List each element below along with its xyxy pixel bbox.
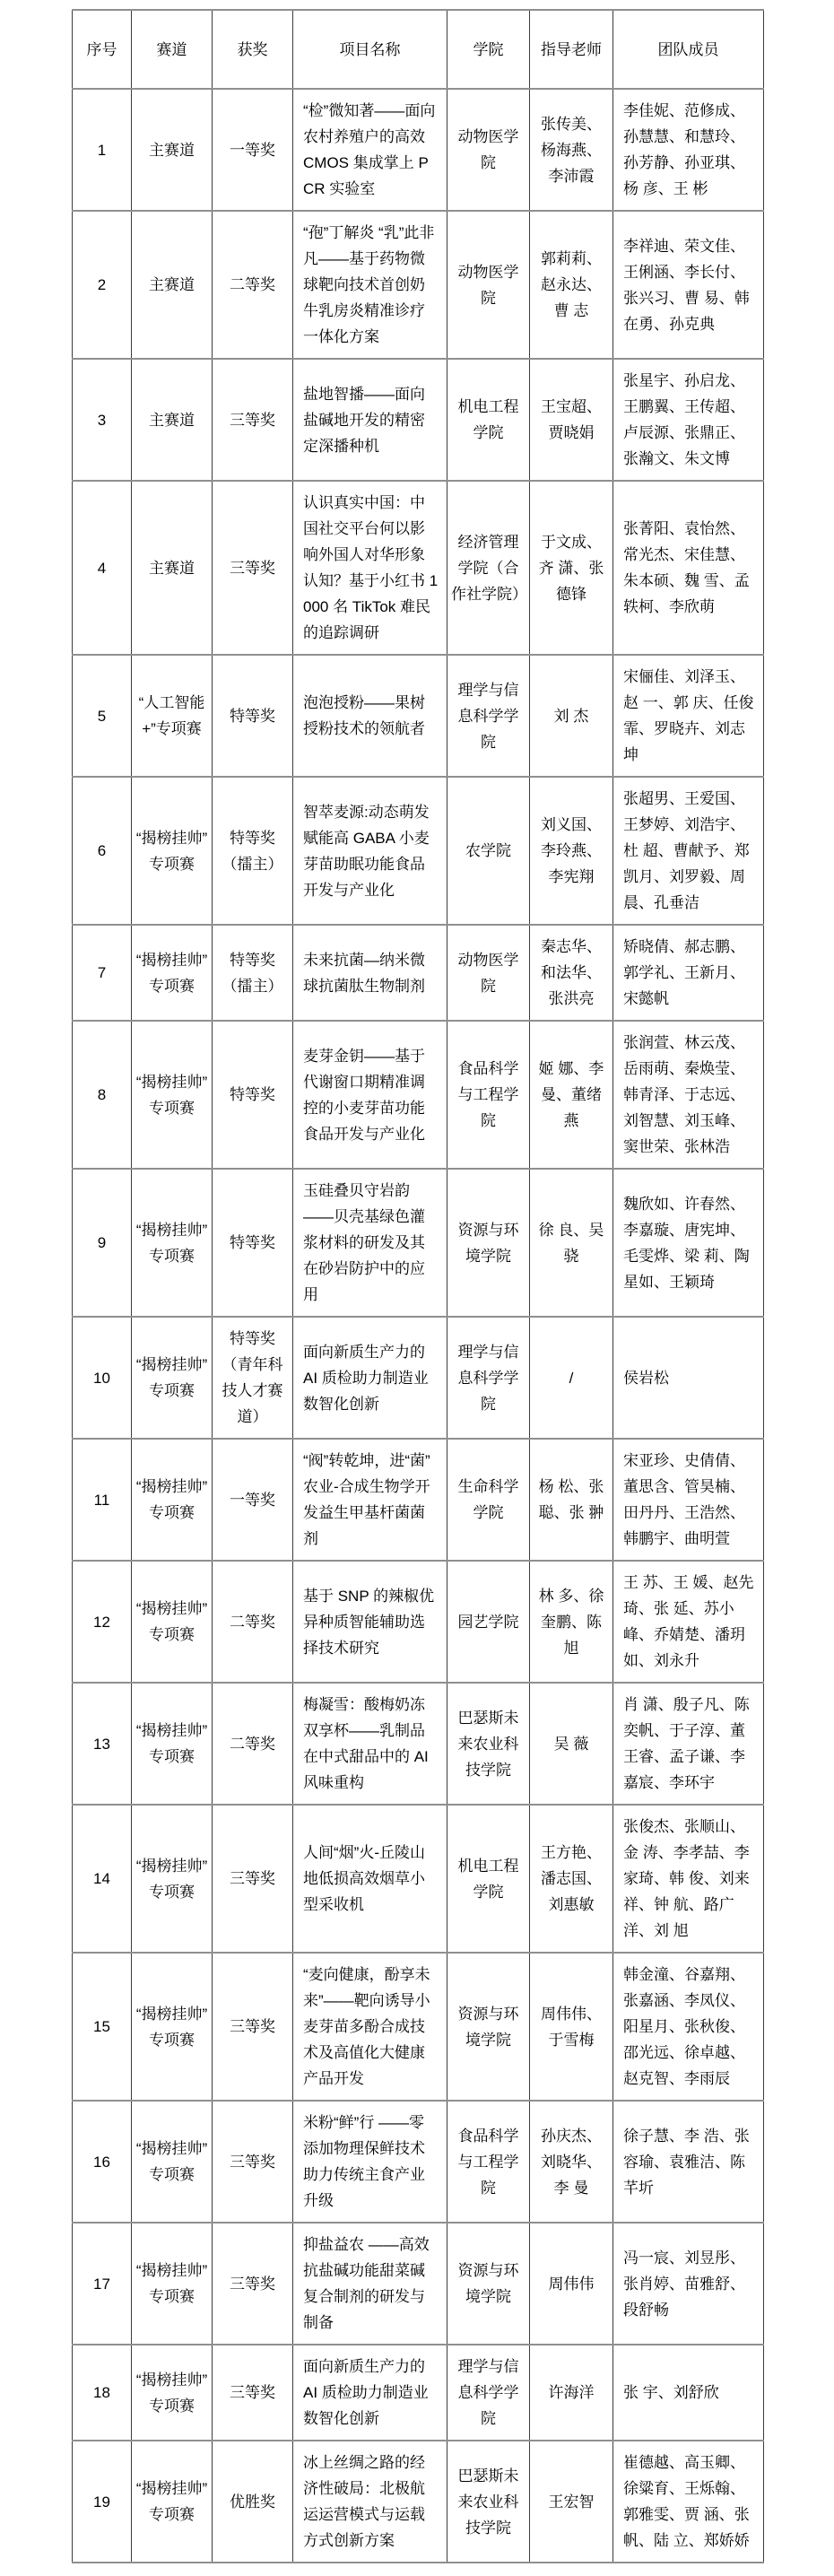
- cell-members: 张俊杰、张顺山、金 涛、李孝喆、李家琦、韩 俊、刘来祥、钟 航、路广洋、刘 旭: [613, 1805, 764, 1953]
- table-row: 1主赛道一等奖“检”微知著——面向农村养殖户的高效 CMOS 集成掌上 PCR …: [73, 89, 764, 211]
- cell-advisors: 刘 杰: [530, 655, 613, 777]
- cell-advisors: 王方艳、潘志国、刘惠敏: [530, 1805, 613, 1953]
- cell-track: “揭榜挂帅”专项赛: [132, 2223, 213, 2345]
- cell-project: 泡泡授粉——果树授粉技术的领航者: [293, 655, 447, 777]
- page: 序号赛道获奖项目名称学院指导老师团队成员 1主赛道一等奖“检”微知著——面向农村…: [0, 0, 834, 2576]
- cell-project: 未来抗菌—纳米微球抗菌肽生物制剂: [293, 925, 447, 1021]
- cell-advisors: 王宏智: [530, 2441, 613, 2563]
- cell-members: 韩金潼、谷嘉翔、张嘉涵、李凤仪、阳星月、张秋俊、邵光远、徐卓越、赵克智、李雨辰: [613, 1953, 764, 2101]
- table-row: 3主赛道三等奖盐地智播——面向盐碱地开发的精密定深播种机机电工程学院王宝超、贾晓…: [73, 359, 764, 481]
- cell-college: 动物医学院: [447, 925, 530, 1021]
- cell-members: 肖 潇、殷子凡、陈奕帆、于子淳、董王睿、孟子谦、李嘉宸、李环宇: [613, 1683, 764, 1805]
- cell-college: 资源与环境学院: [447, 2223, 530, 2345]
- table-row: 13“揭榜挂帅”专项赛二等奖梅凝雪：酸梅奶冻双享杯——乳制品在中式甜品中的 AI…: [73, 1683, 764, 1805]
- cell-no: 3: [73, 359, 132, 481]
- cell-track: “揭榜挂帅”专项赛: [132, 2441, 213, 2563]
- cell-track: “揭榜挂帅”专项赛: [132, 1561, 213, 1683]
- cell-advisors: 周伟伟、于雪梅: [530, 1953, 613, 2101]
- cell-college: 食品科学与工程学院: [447, 2101, 530, 2223]
- cell-track: “揭榜挂帅”专项赛: [132, 1439, 213, 1561]
- cell-track: “揭榜挂帅”专项赛: [132, 1169, 213, 1317]
- column-header: 学院: [447, 10, 530, 89]
- cell-members: 张 宇、刘舒欣: [613, 2345, 764, 2441]
- cell-college: 园艺学院: [447, 1561, 530, 1683]
- cell-track: “揭榜挂帅”专项赛: [132, 1021, 213, 1169]
- cell-members: 张超男、王爱国、王梦婷、刘浩宇、杜 超、曹献予、郑凯月、刘罗毅、周 晨、孔垂洁: [613, 777, 764, 925]
- cell-award: 优胜奖: [213, 2441, 293, 2563]
- cell-project: 玉硅叠贝守岩韵——贝壳基绿色灌浆材料的研发及其在砂岩防护中的应用: [293, 1169, 447, 1317]
- cell-project: 认识真实中国：中国社交平台何以影响外国人对华形象认知？基于小红书 1000 名 …: [293, 481, 447, 655]
- column-header: 获奖: [213, 10, 293, 89]
- table-row: 9“揭榜挂帅”专项赛特等奖玉硅叠贝守岩韵——贝壳基绿色灌浆材料的研发及其在砂岩防…: [73, 1169, 764, 1317]
- cell-project: “麦向健康，酚享未来”——靶向诱导小麦芽苗多酚合成技术及高值化大健康产品开发: [293, 1953, 447, 2101]
- table-row: 8“揭榜挂帅”专项赛特等奖麦芽金钥——基于代谢窗口期精准调控的小麦芽苗功能食品开…: [73, 1021, 764, 1169]
- cell-track: “揭榜挂帅”专项赛: [132, 1805, 213, 1953]
- header-row: 序号赛道获奖项目名称学院指导老师团队成员: [73, 10, 764, 89]
- cell-track: “揭榜挂帅”专项赛: [132, 2345, 213, 2441]
- column-header: 团队成员: [613, 10, 764, 89]
- table-row: 17“揭榜挂帅”专项赛三等奖抑盐益农 ——高效抗盐碱功能甜菜碱复合制剂的研发与制…: [73, 2223, 764, 2345]
- cell-members: 王 苏、王 媛、赵先琦、张 延、苏小峰、乔婧楚、潘玥如、刘永升: [613, 1561, 764, 1683]
- column-header: 指导老师: [530, 10, 613, 89]
- cell-college: 生命科学学院: [447, 1439, 530, 1561]
- cell-no: 19: [73, 2441, 132, 2563]
- cell-members: 宋俪佳、刘泽玉、赵 一、郭 庆、任俊霏、罗晓卉、刘志坤: [613, 655, 764, 777]
- cell-project: 人间“烟”火-丘陵山地低损高效烟草小型采收机: [293, 1805, 447, 1953]
- cell-members: 侯岩松: [613, 1317, 764, 1439]
- cell-track: 主赛道: [132, 481, 213, 655]
- cell-project: 冰上丝绸之路的经济性破局：北极航运运营模式与运载方式创新方案: [293, 2441, 447, 2563]
- cell-project: “阀”转乾坤，进“菌”农业-合成生物学开发益生甲基杆菌菌剂: [293, 1439, 447, 1561]
- cell-project: 基于 SNP 的辣椒优异种质智能辅助选择技术研究: [293, 1561, 447, 1683]
- cell-project: “检”微知著——面向农村养殖户的高效 CMOS 集成掌上 PCR 实验室: [293, 89, 447, 211]
- cell-project: 盐地智播——面向盐碱地开发的精密定深播种机: [293, 359, 447, 481]
- table-row: 16“揭榜挂帅”专项赛三等奖米粉“鲜”行 ——零添加物理保鲜技术助力传统主食产业…: [73, 2101, 764, 2223]
- cell-no: 5: [73, 655, 132, 777]
- cell-members: 徐子慧、李 浩、张容瑜、袁雅洁、陈芊圻: [613, 2101, 764, 2223]
- cell-advisors: 许海洋: [530, 2345, 613, 2441]
- cell-award: 三等奖: [213, 1805, 293, 1953]
- cell-project: “孢”丁解炎 “乳”此非凡——基于药物微球靶向技术首创奶牛乳房炎精准诊疗一体化方…: [293, 211, 447, 359]
- cell-award: 三等奖: [213, 2101, 293, 2223]
- cell-no: 11: [73, 1439, 132, 1561]
- cell-advisors: /: [530, 1317, 613, 1439]
- cell-college: 资源与环境学院: [447, 1953, 530, 2101]
- cell-members: 张菁阳、袁怡然、常光杰、宋佳慧、朱本硕、魏 雪、孟轶柯、李欣萌: [613, 481, 764, 655]
- cell-award: 二等奖: [213, 211, 293, 359]
- cell-award: 一等奖: [213, 89, 293, 211]
- cell-members: 李佳妮、范修成、孙慧慧、和慧玲、孙芳静、孙亚琪、杨 彦、王 彬: [613, 89, 764, 211]
- cell-track: “人工智能+”专项赛: [132, 655, 213, 777]
- table-row: 6“揭榜挂帅”专项赛特等奖（擂主）智萃麦源:动态萌发赋能高 GABA 小麦芽苗助…: [73, 777, 764, 925]
- cell-members: 冯一宸、刘昱彤、张肖婷、苗雅舒、段舒畅: [613, 2223, 764, 2345]
- cell-award: 特等奖: [213, 1169, 293, 1317]
- award-table: 序号赛道获奖项目名称学院指导老师团队成员 1主赛道一等奖“检”微知著——面向农村…: [72, 9, 764, 2563]
- cell-no: 17: [73, 2223, 132, 2345]
- cell-college: 巴瑟斯未来农业科技学院: [447, 1683, 530, 1805]
- cell-members: 张润萱、林云茂、岳雨萌、秦焕莹、韩青泽、于志远、刘智慧、刘玉峰、窦世荣、张林浩: [613, 1021, 764, 1169]
- cell-track: “揭榜挂帅”专项赛: [132, 777, 213, 925]
- cell-advisors: 秦志华、和法华、张洪亮: [530, 925, 613, 1021]
- cell-college: 动物医学院: [447, 89, 530, 211]
- cell-project: 麦芽金钥——基于代谢窗口期精准调控的小麦芽苗功能食品开发与产业化: [293, 1021, 447, 1169]
- cell-project: 抑盐益农 ——高效抗盐碱功能甜菜碱复合制剂的研发与制备: [293, 2223, 447, 2345]
- cell-advisors: 吴 薇: [530, 1683, 613, 1805]
- cell-advisors: 姬 娜、李 曼、董绪燕: [530, 1021, 613, 1169]
- cell-advisors: 杨 松、张 聪、张 翀: [530, 1439, 613, 1561]
- cell-award: 特等奖（青年科技人才赛道）: [213, 1317, 293, 1439]
- cell-advisors: 徐 良、吴 骁: [530, 1169, 613, 1317]
- cell-award: 二等奖: [213, 1561, 293, 1683]
- cell-track: “揭榜挂帅”专项赛: [132, 1953, 213, 2101]
- cell-award: 特等奖（擂主）: [213, 777, 293, 925]
- cell-college: 农学院: [447, 777, 530, 925]
- table-row: 11“揭榜挂帅”专项赛一等奖“阀”转乾坤，进“菌”农业-合成生物学开发益生甲基杆…: [73, 1439, 764, 1561]
- cell-members: 矫晓倩、郝志鹏、郭学礼、王新月、宋懿帆: [613, 925, 764, 1021]
- cell-members: 李祥迪、荣文佳、王俐涵、李长付、张兴习、曹 易、韩在勇、孙克典: [613, 211, 764, 359]
- table-row: 12“揭榜挂帅”专项赛二等奖基于 SNP 的辣椒优异种质智能辅助选择技术研究园艺…: [73, 1561, 764, 1683]
- table-row: 10“揭榜挂帅”专项赛特等奖（青年科技人才赛道）面向新质生产力的 AI 质检助力…: [73, 1317, 764, 1439]
- cell-advisors: 张传美、杨海燕、李沛霞: [530, 89, 613, 211]
- column-header: 赛道: [132, 10, 213, 89]
- cell-track: “揭榜挂帅”专项赛: [132, 1317, 213, 1439]
- cell-award: 三等奖: [213, 1953, 293, 2101]
- cell-no: 7: [73, 925, 132, 1021]
- cell-advisors: 孙庆杰、刘晓华、李 曼: [530, 2101, 613, 2223]
- cell-award: 特等奖: [213, 1021, 293, 1169]
- cell-award: 一等奖: [213, 1439, 293, 1561]
- cell-no: 4: [73, 481, 132, 655]
- table-row: 2主赛道二等奖“孢”丁解炎 “乳”此非凡——基于药物微球靶向技术首创奶牛乳房炎精…: [73, 211, 764, 359]
- cell-no: 13: [73, 1683, 132, 1805]
- cell-college: 资源与环境学院: [447, 1169, 530, 1317]
- cell-members: 魏欣如、许春然、李嘉璇、唐宪坤、毛雯烨、梁 莉、陶星如、王颖琦: [613, 1169, 764, 1317]
- cell-award: 三等奖: [213, 481, 293, 655]
- cell-no: 15: [73, 1953, 132, 2101]
- cell-no: 6: [73, 777, 132, 925]
- cell-no: 16: [73, 2101, 132, 2223]
- cell-advisors: 于文成、齐 潇、张德锋: [530, 481, 613, 655]
- cell-track: 主赛道: [132, 359, 213, 481]
- table-row: 14“揭榜挂帅”专项赛三等奖人间“烟”火-丘陵山地低损高效烟草小型采收机机电工程…: [73, 1805, 764, 1953]
- cell-college: 经济管理学院（合作社学院）: [447, 481, 530, 655]
- cell-advisors: 林 多、徐奎鹏、陈 旭: [530, 1561, 613, 1683]
- cell-no: 1: [73, 89, 132, 211]
- cell-no: 9: [73, 1169, 132, 1317]
- cell-track: “揭榜挂帅”专项赛: [132, 925, 213, 1021]
- column-header: 项目名称: [293, 10, 447, 89]
- cell-award: 特等奖: [213, 655, 293, 777]
- cell-track: “揭榜挂帅”专项赛: [132, 1683, 213, 1805]
- cell-project: 米粉“鲜”行 ——零添加物理保鲜技术助力传统主食产业升级: [293, 2101, 447, 2223]
- cell-track: “揭榜挂帅”专项赛: [132, 2101, 213, 2223]
- cell-members: 张星宇、孙启龙、王鹏翼、王传超、卢辰源、张鼎正、张瀚文、朱文博: [613, 359, 764, 481]
- cell-advisors: 周伟伟: [530, 2223, 613, 2345]
- cell-advisors: 郭莉莉、赵永达、曹 志: [530, 211, 613, 359]
- cell-no: 14: [73, 1805, 132, 1953]
- cell-members: 宋亚珍、史倩倩、董思含、管昊楠、田丹丹、王浩然、韩鹏宇、曲明萱: [613, 1439, 764, 1561]
- cell-award: 三等奖: [213, 2223, 293, 2345]
- cell-college: 机电工程学院: [447, 1805, 530, 1953]
- cell-college: 巴瑟斯未来农业科技学院: [447, 2441, 530, 2563]
- cell-advisors: 王宝超、贾晓娟: [530, 359, 613, 481]
- cell-members: 崔德越、高玉卿、徐粱育、王烁翰、郭雅雯、贾 涵、张 帆、陆 立、郑娇娇: [613, 2441, 764, 2563]
- cell-track: 主赛道: [132, 211, 213, 359]
- table-row: 18“揭榜挂帅”专项赛三等奖面向新质生产力的 AI 质检助力制造业数智化创新理学…: [73, 2345, 764, 2441]
- table-row: 15“揭榜挂帅”专项赛三等奖“麦向健康，酚享未来”——靶向诱导小麦芽苗多酚合成技…: [73, 1953, 764, 2101]
- cell-project: 梅凝雪：酸梅奶冻双享杯——乳制品在中式甜品中的 AI 风味重构: [293, 1683, 447, 1805]
- cell-award: 三等奖: [213, 359, 293, 481]
- cell-college: 动物医学院: [447, 211, 530, 359]
- cell-award: 特等奖（擂主）: [213, 925, 293, 1021]
- cell-award: 三等奖: [213, 2345, 293, 2441]
- cell-no: 10: [73, 1317, 132, 1439]
- table-row: 19“揭榜挂帅”专项赛优胜奖冰上丝绸之路的经济性破局：北极航运运营模式与运载方式…: [73, 2441, 764, 2563]
- column-header: 序号: [73, 10, 132, 89]
- cell-no: 12: [73, 1561, 132, 1683]
- cell-no: 8: [73, 1021, 132, 1169]
- cell-college: 理学与信息科学学院: [447, 1317, 530, 1439]
- table-row: 5“人工智能+”专项赛特等奖泡泡授粉——果树授粉技术的领航者理学与信息科学学院刘…: [73, 655, 764, 777]
- cell-project: 智萃麦源:动态萌发赋能高 GABA 小麦芽苗助眠功能食品开发与产业化: [293, 777, 447, 925]
- table-body: 1主赛道一等奖“检”微知著——面向农村养殖户的高效 CMOS 集成掌上 PCR …: [73, 89, 764, 2563]
- cell-track: 主赛道: [132, 89, 213, 211]
- cell-college: 理学与信息科学学院: [447, 2345, 530, 2441]
- cell-project: 面向新质生产力的 AI 质检助力制造业数智化创新: [293, 2345, 447, 2441]
- cell-college: 机电工程学院: [447, 359, 530, 481]
- cell-advisors: 刘义国、李玲燕、李宪翔: [530, 777, 613, 925]
- cell-award: 二等奖: [213, 1683, 293, 1805]
- cell-no: 2: [73, 211, 132, 359]
- table-row: 7“揭榜挂帅”专项赛特等奖（擂主）未来抗菌—纳米微球抗菌肽生物制剂动物医学院秦志…: [73, 925, 764, 1021]
- cell-project: 面向新质生产力的 AI 质检助力制造业数智化创新: [293, 1317, 447, 1439]
- cell-college: 理学与信息科学学院: [447, 655, 530, 777]
- cell-college: 食品科学与工程学院: [447, 1021, 530, 1169]
- table-row: 4主赛道三等奖认识真实中国：中国社交平台何以影响外国人对华形象认知？基于小红书 …: [73, 481, 764, 655]
- cell-no: 18: [73, 2345, 132, 2441]
